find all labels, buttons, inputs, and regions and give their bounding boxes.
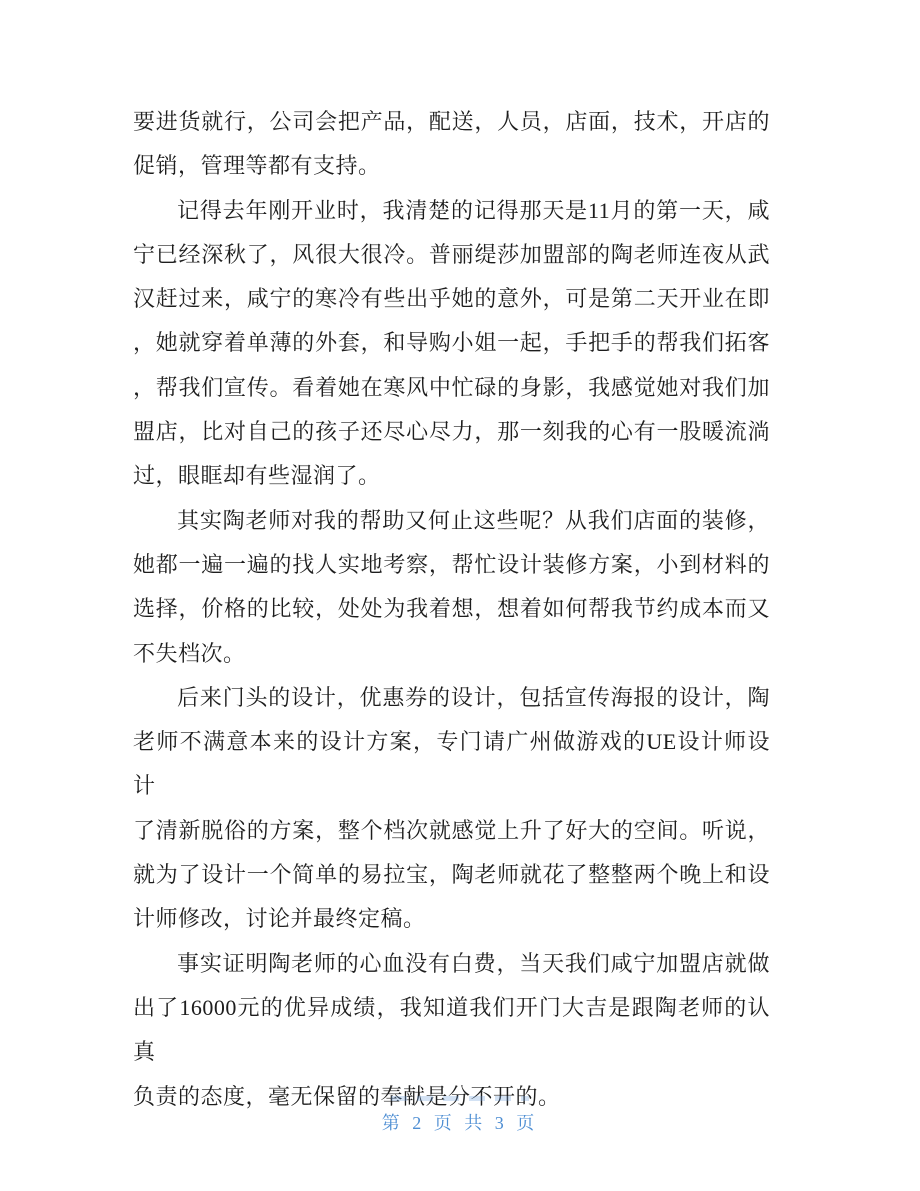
text-line: 宁已经深秋了，风很大很冷。普丽缇莎加盟部的陶老师连夜从武 [133,233,770,277]
text-line: 计师修改，讨论并最终定稿。 [133,897,770,941]
text-line: 促销，管理等都有支持。 [133,144,770,188]
text-line: ，她就穿着单薄的外套，和导购小姐一起，手把手的帮我们拓客 [133,321,770,365]
text-line: 过，眼眶却有些湿润了。 [133,454,770,498]
page-footer: 第 2 页 共 3 页 [0,1096,920,1135]
text-line: 其实陶老师对我的帮助又何止这些呢？从我们店面的装修， [133,499,770,543]
text-line: 出了16000元的优异成绩，我知道我们开门大吉是跟陶老师的认真 [133,986,770,1075]
text-line: 要进货就行，公司会把产品，配送，人员，店面，技术，开店的 [133,100,770,144]
text-line: 不失档次。 [133,632,770,676]
text-line: 盟店，比对自己的孩子还尽心尽力，那一刻我的心有一股暖流淌 [133,410,770,454]
text-line: 记得去年刚开业时，我清楚的记得那天是11月的第一天，咸 [133,189,770,233]
text-line: ，帮我们宣传。看着她在寒风中忙碌的身影，我感觉她对我们加 [133,366,770,410]
document-body: 要进货就行，公司会把产品，配送，人员，店面，技术，开店的促销，管理等都有支持。记… [133,100,770,1119]
text-line: 汉赶过来，咸宁的寒冷有些出乎她的意外，可是第二天开业在即 [133,277,770,321]
text-line: 后来门头的设计，优惠券的设计，包括宣传海报的设计，陶 [133,676,770,720]
text-line: 选择，价格的比较，处处为我着想，想着如何帮我节约成本而又 [133,587,770,631]
text-line: 就为了设计一个简单的易拉宝，陶老师就花了整整两个晚上和设 [133,853,770,897]
document-page: 要进货就行，公司会把产品，配送，人员，店面，技术，开店的促销，管理等都有支持。记… [0,0,920,1191]
text-line: 事实证明陶老师的心血没有白费，当天我们咸宁加盟店就做 [133,942,770,986]
page-number-label: 第 2 页 共 3 页 [382,1109,539,1135]
text-line: 她都一遍一遍的找人实地考察，帮忙设计装修方案，小到材料的 [133,543,770,587]
footer-ghost-artifact [391,1096,529,1101]
text-line: 了清新脱俗的方案，整个档次就感觉上升了好大的空间。听说， [133,809,770,853]
text-line: 老师不满意本来的设计方案，专门请广州做游戏的UE设计师设计 [133,720,770,809]
